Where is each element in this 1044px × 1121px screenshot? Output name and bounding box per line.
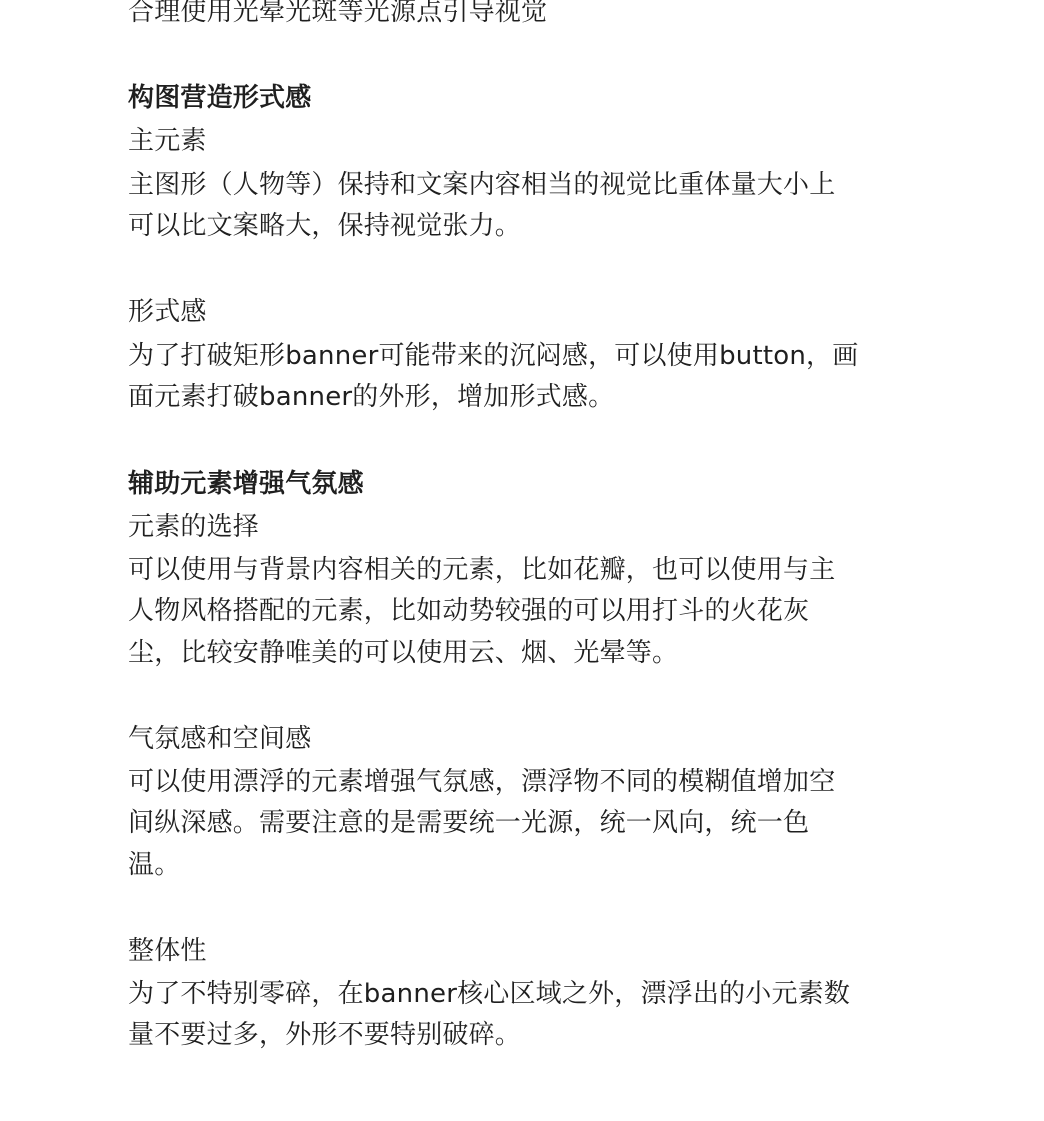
paragraph-line: 可以使用漂浮的元素增强气氛感，漂浮物不同的模糊值增加空 [128, 765, 835, 799]
subsection-title-element-choice: 元素的选择 [128, 510, 259, 544]
subsection-title-form-sense: 形式感 [128, 295, 207, 329]
subsection-title-integrity: 整体性 [128, 934, 207, 968]
paragraph-line: 面元素打破banner的外形，增加形式感。 [128, 380, 614, 414]
paragraph-line: 可以使用与背景内容相关的元素，比如花瓣，也可以使用与主 [128, 553, 835, 587]
paragraph-line: 温。 [128, 848, 180, 882]
paragraph-line: 人物风格搭配的元素，比如动势较强的可以用打斗的火花灰 [128, 594, 809, 628]
subsection-title-atmosphere-space: 气氛感和空间感 [128, 722, 311, 756]
section-heading-auxiliary-elements: 辅助元素增强气氛感 [128, 467, 364, 501]
paragraph-line: 主图形（人物等）保持和文案内容相当的视觉比重体量大小上 [128, 168, 835, 202]
paragraph-line: 尘，比较安静唯美的可以使用云、烟、光晕等。 [128, 636, 678, 670]
paragraph-line: 间纵深感。需要注意的是需要统一光源，统一风向，统一色 [128, 806, 809, 840]
paragraph-line: 为了不特别零碎，在banner核心区域之外，漂浮出的小元素数 [128, 977, 850, 1011]
section-heading-composition: 构图营造形式感 [128, 81, 311, 115]
subsection-title-main-element: 主元素 [128, 124, 207, 158]
paragraph-line: 可以比文案略大，保持视觉张力。 [128, 209, 521, 243]
paragraph-line: 量不要过多，外形不要特别破碎。 [128, 1018, 521, 1052]
intro-line: 合理使用光晕光斑等光源点引导视觉 [128, 0, 547, 29]
paragraph-line: 为了打破矩形banner可能带来的沉闷感，可以使用button，画 [128, 339, 858, 373]
